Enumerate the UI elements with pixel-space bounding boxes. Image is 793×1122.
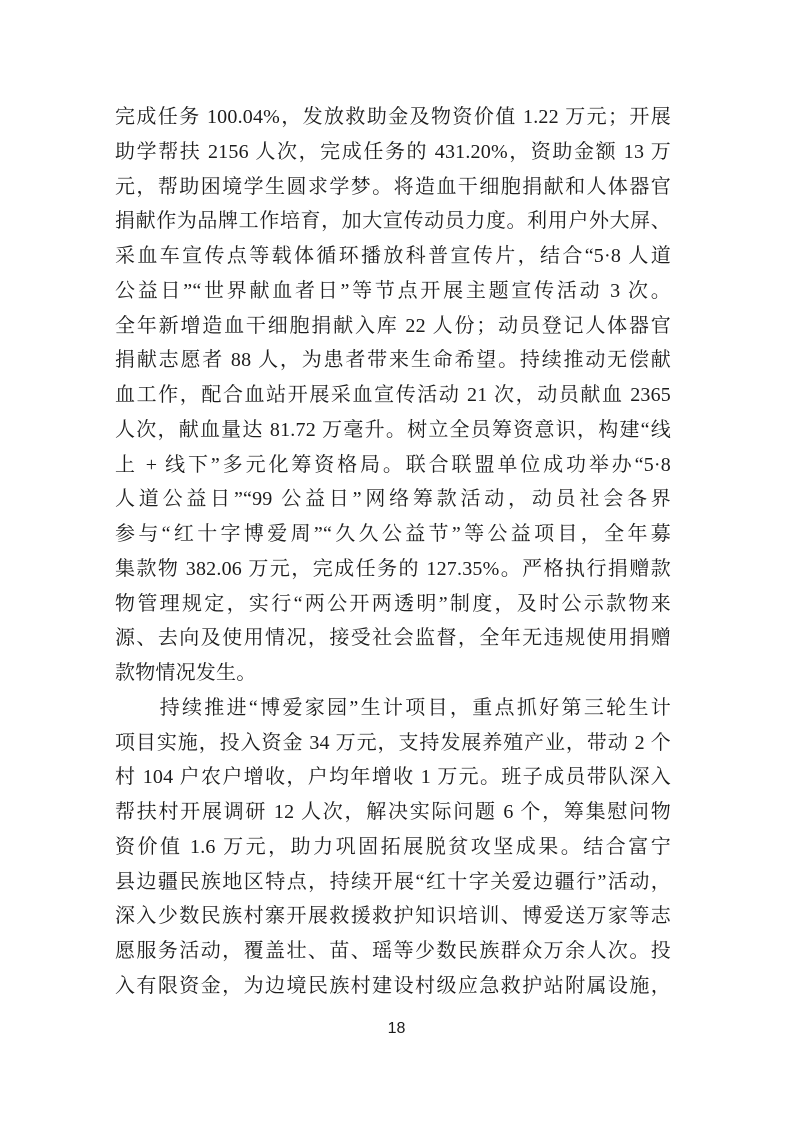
page-number: 18	[0, 1020, 793, 1038]
text-line: 深入少数民族村寨开展救援救护知识培训、博爱送万家等志	[115, 899, 671, 934]
text-line: 上 + 线下”多元化筹资格局。联合联盟单位成功举办“5·8	[115, 448, 671, 483]
document-page: 完成任务 100.04%，发放救助金及物资价值 1.22 万元；开展 助学帮扶 …	[0, 0, 793, 1122]
text-line: 款物情况发生。	[115, 656, 671, 691]
text-line: 县边疆民族地区特点，持续开展“红十字关爱边疆行”活动，	[115, 865, 671, 900]
text-line: 帮扶村开展调研 12 人次，解决实际问题 6 个，筹集慰问物	[115, 795, 671, 830]
paragraph-2: 持续推进“博爱家园”生计项目，重点抓好第三轮生计 项目实施，投入资金 34 万元…	[115, 691, 671, 1004]
text-line: 资价值 1.6 万元，助力巩固拓展脱贫攻坚成果。结合富宁	[115, 830, 671, 865]
text-line: 集款物 382.06 万元，完成任务的 127.35%。严格执行捐赠款	[115, 552, 671, 587]
text-line: 助学帮扶 2156 人次，完成任务的 431.20%，资助金额 13 万	[115, 135, 671, 170]
text-line: 源、去向及使用情况，接受社会监督，全年无违规使用捐赠	[115, 621, 671, 656]
text-line: 捐献志愿者 88 人，为患者带来生命希望。持续推动无偿献	[115, 343, 671, 378]
text-line: 物管理规定，实行“两公开两透明”制度，及时公示款物来	[115, 587, 671, 622]
text-line: 入有限资金，为边境民族村建设村级应急救护站附属设施，	[115, 969, 671, 1004]
paragraph-1: 完成任务 100.04%，发放救助金及物资价值 1.22 万元；开展 助学帮扶 …	[115, 100, 671, 691]
text-line: 项目实施，投入资金 34 万元，支持发展养殖产业，带动 2 个	[115, 726, 671, 761]
text-line: 捐献作为品牌工作培育，加大宣传动员力度。利用户外大屏、	[115, 204, 671, 239]
text-line: 完成任务 100.04%，发放救助金及物资价值 1.22 万元；开展	[115, 100, 671, 135]
text-line: 公益日”“世界献血者日”等节点开展主题宣传活动 3 次。	[115, 274, 671, 309]
text-line: 人道公益日”“99 公益日”网络筹款活动，动员社会各界	[115, 482, 671, 517]
text-line: 采血车宣传点等载体循环播放科普宣传片，结合“5·8 人道	[115, 239, 671, 274]
text-line: 全年新增造血干细胞捐献入库 22 人份；动员登记人体器官	[115, 309, 671, 344]
text-line: 人次，献血量达 81.72 万毫升。树立全员筹资意识，构建“线	[115, 413, 671, 448]
text-line: 元，帮助困境学生圆求学梦。将造血干细胞捐献和人体器官	[115, 170, 671, 205]
text-line: 村 104 户农户增收，户均年增收 1 万元。班子成员带队深入	[115, 760, 671, 795]
text-line: 愿服务活动，覆盖壮、苗、瑶等少数民族群众万余人次。投	[115, 934, 671, 969]
text-line: 血工作，配合血站开展采血宣传活动 21 次，动员献血 2365	[115, 378, 671, 413]
document-body: 完成任务 100.04%，发放救助金及物资价值 1.22 万元；开展 助学帮扶 …	[115, 100, 671, 1004]
text-line: 参与“红十字博爱周”“久久公益节”等公益项目，全年募	[115, 517, 671, 552]
text-line: 持续推进“博爱家园”生计项目，重点抓好第三轮生计	[115, 691, 671, 726]
